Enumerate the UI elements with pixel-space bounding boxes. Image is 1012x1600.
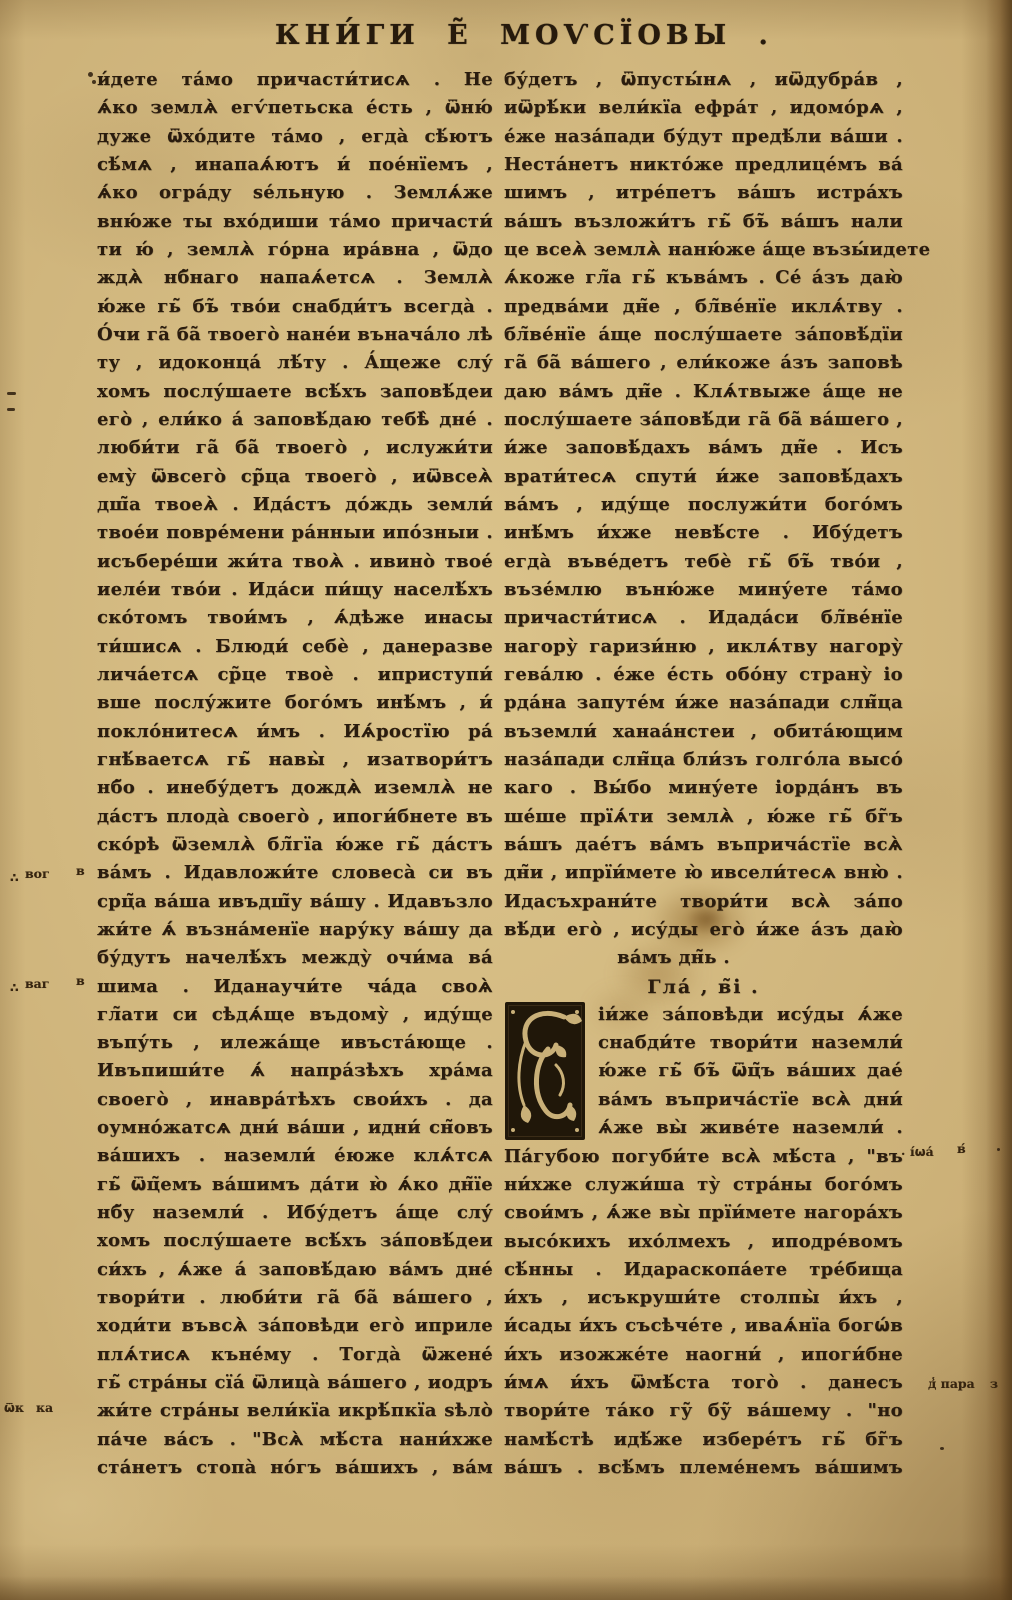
text-line: своего̀ , инавра́тѣхъ свои́хъ . да	[97, 1086, 493, 1114]
text-line: твори́ти . люби́ти га̃ ба̃ ва́шего ,	[97, 1284, 493, 1312]
text-line: ходи́ти въвсѧ̀ за́повѣди его̀ иприле	[97, 1312, 493, 1340]
ink-speck	[7, 392, 16, 395]
text-line: гнѣ́ваетсѧ гь̃ навы̀ , изатвори́тъ	[97, 746, 493, 774]
text-line: его̀ , ели́ко а́ заповѣ́даю тебѣ̀ дне́ .	[97, 406, 493, 434]
text-line: ти́шисѧ . Блюди́ себѐ , данеразве	[97, 633, 493, 661]
text-line: Неста́нетъ никто́же предлице́мъ ва́	[504, 151, 903, 179]
text-line: лича́етсѧ ср̃це твоѐ . иприступи́	[97, 661, 493, 689]
page-edge-shadow-right	[986, 0, 1012, 1600]
text-line: жи́те стра́ны вели́кїа икрѣ́пкїа ѕѣло̀	[97, 1397, 493, 1425]
text-line: възе́млю въню́же мину́ете та́мо	[504, 576, 903, 604]
text-line: дш̃а твоеѧ̀ . Ида́стъ до́ждь земли́	[97, 491, 493, 519]
text-line: ѧ́коже гл̃а гь̃ къва́мъ . Се́ а́зъ даю̀	[504, 264, 903, 292]
text-line: люби́ти га̃ ба̃ твоего̀ , ислужи́ти	[97, 434, 493, 462]
text-line: Идасъхрани́те твори́ти всѧ̀ за́по	[504, 888, 903, 916]
text-line: гь̃ стра́ны сїа́ ѿлица̀ ва́шего , иодръ	[97, 1369, 493, 1397]
text-line: ни́хже служи́ша ту̀ стра́ны бого́мъ	[504, 1171, 903, 1199]
text-line: причасти́тисѧ . Идада́си бл̃ве́нїе	[504, 604, 903, 632]
text-column-left: и́дете та́мо причасти́тисѧ . Неѧ́ко земл…	[97, 66, 493, 1482]
text-column-right: бу́детъ , ѿпусты́нѧ , иѿдубра́в ,иѿрѣ́ки…	[504, 66, 903, 1482]
text-line: бл̃ве́нїе а́ще послу́шаете за́повѣ́дїи	[504, 321, 903, 349]
margin-note-num: ка	[36, 1400, 53, 1415]
text-line: хомъ послу́шаете всѣ́хъ за́повѣ́деи	[97, 1227, 493, 1255]
text-line: ста́нетъ стопа̀ но́гъ ва́шихъ , ва́м	[97, 1454, 493, 1482]
text-line: е́же наза́пади бу́дут предѣ́ли ва́ши .	[504, 123, 903, 151]
page-title: КНИ́ГИ Е̃ МОѴСЇОВЫ .	[18, 20, 1012, 51]
text-line: си́хъ , ѧ́же а́ заповѣ́даю ва́мъ дне́	[97, 1256, 493, 1284]
text-line: жи́те ѧ́ възна́менїе нару́ку ва́шу да	[97, 916, 493, 944]
text-line: твое́и повре́мени ра́нныи ипо́зныи .	[97, 519, 493, 547]
text-line: О́чи га̃ ба̃ твоего̀ нане́и вънача́ло лѣ	[97, 321, 493, 349]
text-line: намѣ́стѣ идѣ́же избере́тъ гь̃ бг̃ъ	[504, 1426, 903, 1454]
margin-note-ref: вог	[25, 866, 50, 881]
text-line: нб̃о . инебу́детъ дождѧ̀ иземлѧ̀ не	[97, 774, 493, 802]
text-line: гл̃ати си сѣдѧ́ще въдому̀ , иду́ще	[97, 1001, 493, 1029]
text-line: высо́кихъ ихо́лмехъ , иподре́вомъ	[504, 1228, 903, 1256]
text-line: шима . Иданаучи́те ча́да своѧ̀	[97, 973, 493, 1001]
margin-note-ref: д̾ пара	[928, 1376, 975, 1391]
margin-note-num: з	[990, 1376, 998, 1391]
text-line: послу́шаете за́повѣ́ди га̃ ба̃ ва́шего ,	[504, 406, 903, 434]
text-line: нагору̀ гаризи́ню , иклѧ́тву нагору̀	[504, 633, 903, 661]
margin-note-mark: ∴	[10, 870, 19, 885]
book-page: КНИ́ГИ Е̃ МОѴСЇОВЫ . и́дете та́мо причас…	[0, 0, 1012, 1600]
text-line: гь̃ ѿц̃емъ ва́шимъ да́ти ю̀ ѧ́ко дн̃їе	[97, 1171, 493, 1199]
text-line: Па́губою погуби́те всѧ̀ мѣ́ста , "въ	[504, 1143, 903, 1171]
margin-note-ref: ваг	[25, 976, 49, 991]
text-line: ско́рѣ ѿземлѧ̀ бл̃гїа ю́же гь̃ да́стъ	[97, 831, 493, 859]
margin-note-mark: ∴	[10, 980, 19, 995]
text-line: твори́те та́ко гу̃ бу̃ ва́шему . "но	[504, 1397, 903, 1425]
text-line: нб̃у наземли́ . Ибу́детъ а́ще слу́	[97, 1199, 493, 1227]
text-line: бу́дутъ начелѣ́хъ между̀ очи́ма ва́	[97, 944, 493, 972]
text-line: въпу́ть , илежа́ще ивъста́юще .	[97, 1029, 493, 1057]
text-line: иеле́и тво́и . Ида́си пи́щу населѣ́хъ	[97, 576, 493, 604]
text-line: вню́же ты вхо́диши та́мо причасти́	[97, 208, 493, 236]
text-line: иѿрѣ́ки вели́кїа ефра́т , идомо́рѧ ,	[504, 94, 903, 122]
text-line: це всеѧ̀ землѧ̀ наню́же а́ще възы́идете	[504, 236, 903, 264]
ink-speck	[940, 1447, 944, 1450]
page-edge-shadow-bottom	[0, 1576, 1012, 1600]
text-line: ва́мъ . Идавложи́те словеса̀ си въ	[97, 859, 493, 887]
text-line: и́хъ , исъкруши́те столпы̀ и́хъ ,	[504, 1284, 903, 1312]
text-line: ту , идоконца́ лѣ́ту . А́щеже слу́	[97, 349, 493, 377]
text-line: врати́тесѧ спути́ и́же заповѣ́дахъ	[504, 463, 903, 491]
text-line: и́сады и́хъ съсѣче́те , иваѧ́нїа богѡ́в	[504, 1312, 903, 1340]
text-line: ва́шихъ . наземли́ е́юже клѧ́тсѧ	[97, 1142, 493, 1170]
text-line: ѧ́ко землѧ̀ егѵ́петьска е́сть , ѿню́	[97, 94, 493, 122]
text-line: ему̀ ѿвсего̀ ср̃ца твоего̀ , иѿвсеѧ̀	[97, 463, 493, 491]
text-line: дуже ѿхо́дите та́мо , егда̀ сѣ́ютъ	[97, 123, 493, 151]
text-line: снабди́те твори́ти наземли́	[598, 1029, 903, 1057]
text-line: іи́же за́повѣди ису́ды ѧ́же	[598, 1001, 903, 1029]
margin-note-num: в	[76, 863, 85, 878]
text-line: покло́нитесѧ и́мъ . Иѧ́ростїю ра́	[97, 718, 493, 746]
text-line: ѧ́ко огра́ду ѕе́льную . Землѧ́же	[97, 179, 493, 207]
margin-note-mark: ·	[901, 1146, 905, 1161]
text-line: въземли́ ханаа́нстеи , обита́ющим	[504, 718, 903, 746]
ink-speck	[997, 1148, 1000, 1151]
text-line: ти ю́ , землѧ̀ го́рна ира́вна , ѿдо	[97, 236, 493, 264]
ink-speck	[7, 408, 15, 411]
text-line: и́мѧ и́хъ ѿмѣ́ста того̀ . данесъ	[504, 1369, 903, 1397]
woodcut-initial-icon	[504, 1001, 586, 1141]
chapter-heading: Гла́ , в̃і .	[504, 973, 903, 1001]
text-line: га̃ ба̃ ва́шего , ели́коже а́зъ заповѣ	[504, 349, 903, 377]
paragraph-end-line: ва́мъ дн̃ь .	[474, 944, 873, 972]
text-line: ва́шъ възложи́тъ гь̃ бъ̃ ва́шъ нали	[504, 208, 903, 236]
text-line: инѣ́мъ и́хже невѣ́сте . Ибу́детъ	[504, 519, 903, 547]
margin-note-ref: і́ѡа́	[910, 1144, 934, 1159]
right-column-upper-block: бу́детъ , ѿпусты́нѧ , иѿдубра́в ,иѿрѣ́ки…	[504, 66, 903, 944]
text-line: оумно́жатсѧ дни́ ва́ши , идни́ сн̃овъ	[97, 1114, 493, 1142]
text-line: плѧ́тисѧ къне́му . Тогда̀ ѿжене́	[97, 1341, 493, 1369]
text-line: да́стъ плода̀ своего̀ , ипоги́бнете въ	[97, 803, 493, 831]
right-column-lower-block: Па́губою погуби́те всѧ̀ мѣ́ста , "въни́х…	[504, 1143, 903, 1483]
text-line: Ивъпиши́те ѧ́ напра́зѣхъ хра́ма	[97, 1057, 493, 1085]
text-line: ю́же гь̃ бъ̃ тво́и снабди́тъ всегда̀ .	[97, 293, 493, 321]
ink-speck	[88, 72, 93, 77]
text-line: даю ва́мъ дн̃е . Клѧ́твыже а́ще не	[504, 378, 903, 406]
text-line: и́же заповѣ́дахъ ва́мъ дн̃е . Исъ	[504, 434, 903, 462]
text-line: ва́мъ въприча́стїе всѧ̀ дни́	[598, 1086, 903, 1114]
text-line: исъбере́ши жи́та твоѧ̀ . ивино̀ твое́	[97, 548, 493, 576]
text-line: гева́лю . е́же е́сть обо́ну страну̀ іо	[504, 661, 903, 689]
margin-note-num: в́	[957, 1141, 966, 1156]
ink-speck	[92, 80, 96, 84]
text-line: предва́ми дн̃е , бл̃ве́нїе иклѧ́тву .	[504, 293, 903, 321]
text-line: свои́мъ , ѧ́же вы̀ прїи́мете нагора́хъ	[504, 1199, 903, 1227]
text-line: ва́мъ , иду́ще послужи́ти бого́мъ	[504, 491, 903, 519]
text-line: вше послу́жите бого́мъ инѣ́мъ , и́	[97, 689, 493, 717]
text-line: хомъ послу́шаете всѣ́хъ заповѣ́деи	[97, 378, 493, 406]
text-line: ско́томъ твои́мъ , ѧ́дѣже инасы	[97, 604, 493, 632]
text-line: шимъ , итре́петъ ва́шъ истра́хъ	[504, 179, 903, 207]
text-line: егда̀ въве́детъ тебѐ гь̃ бъ̃ тво́и ,	[504, 548, 903, 576]
text-line: ѧ́же вы̀ живе́те наземли́ .	[598, 1114, 903, 1142]
text-line: па́че ва́съ . "Всѧ̀ мѣ́ста нани́хже	[97, 1426, 493, 1454]
text-line: и́дете та́мо причасти́тисѧ . Не	[97, 66, 493, 94]
text-line: рда́на запуте́м и́же наза́пади слн̃ца	[504, 689, 903, 717]
text-line: дн̃и , ипрїи́мете ю̀ ивсели́тесѧ вню̀ .	[504, 859, 903, 887]
margin-note-ref: ѿк	[4, 1400, 24, 1415]
margin-note-num: в	[76, 973, 85, 988]
text-line: сѣ́мѧ , инапаѧ́ютъ и́ пое́нїемъ ,	[97, 151, 493, 179]
text-line: бу́детъ , ѿпусты́нѧ , иѿдубра́в ,	[504, 66, 903, 94]
text-line: вѣ́ди его̀ , ису́ды его̀ и́же а́зъ даю̀	[504, 916, 903, 944]
text-line: и́хъ изожже́те наогни́ , ипоги́бне	[504, 1341, 903, 1369]
text-line: ждѧ̀ нб̃наго напаѧ́етсѧ . Землѧ̀	[97, 264, 493, 292]
chapter-opening-row: іи́же за́повѣди ису́ды ѧ́жеснабди́те тво…	[504, 1001, 903, 1143]
ornate-initial-woodcut	[504, 1001, 588, 1143]
text-line: ва́шъ дае́тъ ва́мъ въприча́стїе всѧ̀	[504, 831, 903, 859]
text-line: ва́шъ . всѣ́мъ племе́немъ ва́шимъ	[504, 1454, 903, 1482]
text-line: каго . Вы́бо мину́ете іорда́нъ въ	[504, 774, 903, 802]
text-line: срц̃а ва́ша ивъдш̃у ва́шу . Идавъзло	[97, 888, 493, 916]
chapter-opening-lines: іи́же за́повѣди ису́ды ѧ́жеснабди́те тво…	[598, 1001, 903, 1143]
text-line: сѣ́нны . Идараскопа́ете тре́бища	[504, 1256, 903, 1284]
text-line: ю́же гь̃ бъ̃ ѿц̃ъ ва́ших дае́	[598, 1057, 903, 1085]
text-line: ше́ше прїѧ́ти землѧ̀ , ю́же гь̃ бг̃ъ	[504, 803, 903, 831]
text-line: наза́пади слн̃ца бли́зъ голго́ла высо́	[504, 746, 903, 774]
